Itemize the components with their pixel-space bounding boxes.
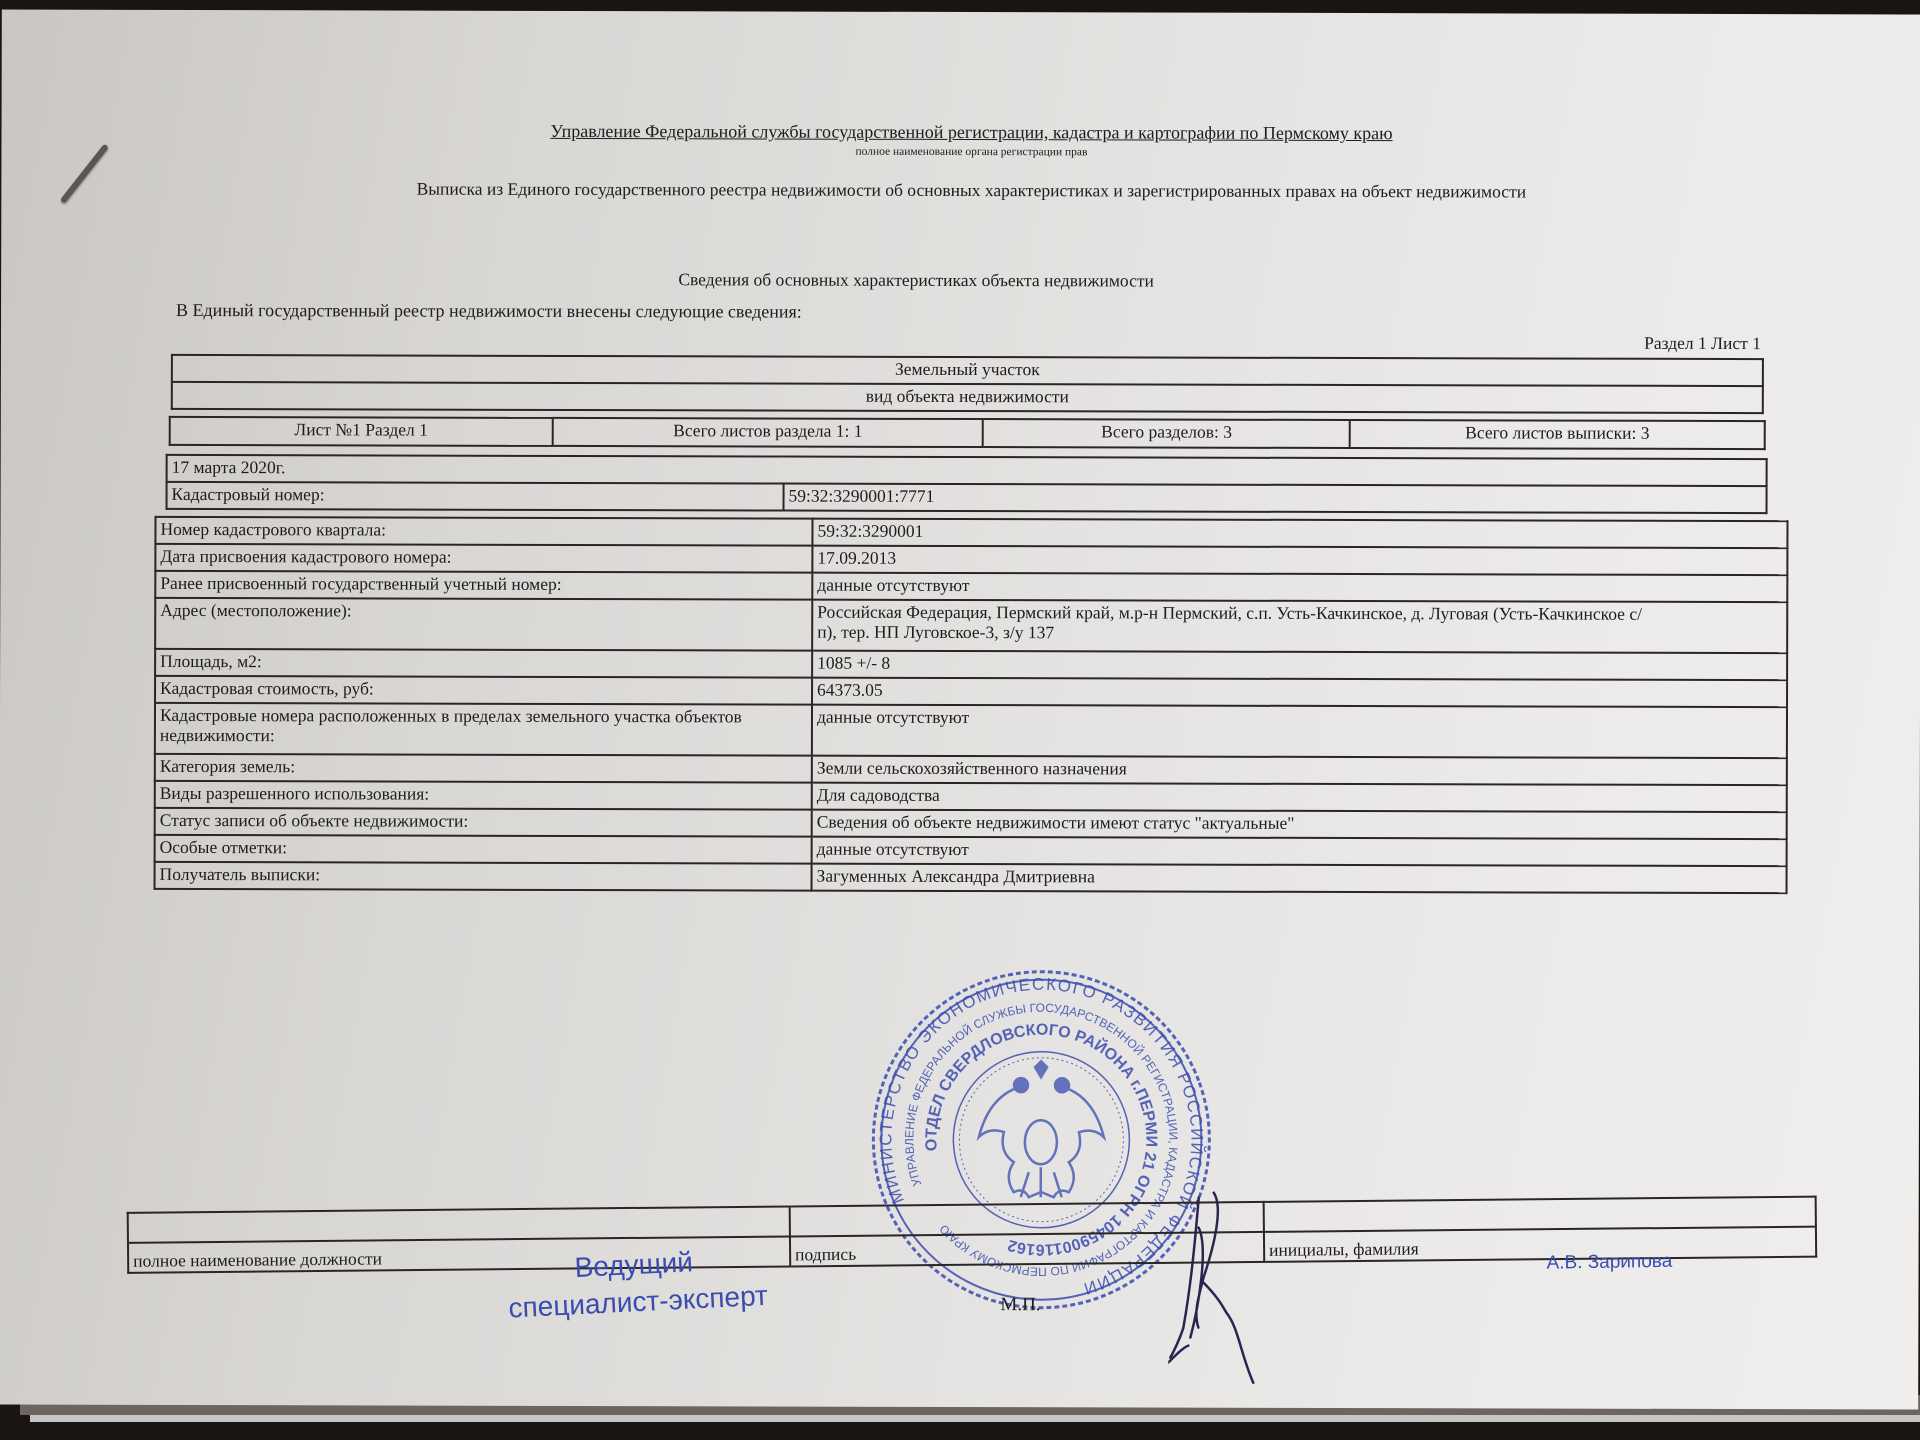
name-stamp: А.В. Зарипова	[1546, 1251, 1672, 1275]
characteristics-table: Номер кадастрового квартала: 59:32:32900…	[154, 516, 1789, 894]
row-value: Загуменных Александра Дмитриевна	[812, 864, 1787, 894]
cadastral-number-label: Кадастровый номер:	[167, 482, 784, 511]
row-label: Кадастровые номера расположенных в преде…	[155, 703, 812, 756]
object-type-caption: вид объекта недвижимости	[172, 382, 1763, 413]
signature-caption: подпись	[790, 1232, 1264, 1267]
cadastral-number-value: 59:32:3290001:7771	[784, 484, 1767, 514]
table-row: Категория земель: Земли сельскохозяйстве…	[155, 754, 1787, 785]
table-row: Кадастровая стоимость, руб: 64373.05	[155, 676, 1787, 707]
name-caption: инициалы, фамилия	[1264, 1227, 1816, 1262]
object-type-table: Земельный участок вид объекта недвижимос…	[171, 354, 1764, 414]
table-row: Получатель выписки: Загуменных Александр…	[155, 862, 1787, 893]
date-cadastral-table: 17 марта 2020г. Кадастровый номер: 59:32…	[166, 454, 1768, 514]
row-label: Дата присвоения кадастрового номера:	[155, 544, 812, 573]
organization-name: Управление Федеральной службы государств…	[1, 119, 1920, 145]
table-row: Дата присвоения кадастрового номера: 17.…	[155, 544, 1787, 575]
table-row: Площадь, м2: 1085 +/- 8	[155, 649, 1787, 680]
row-label: Особые отметки:	[155, 835, 812, 864]
section-title: Сведения об основных характеристиках объ…	[1, 267, 1831, 293]
row-label: Площадь, м2:	[155, 649, 812, 678]
row-value: Российская Федерация, Пермский край, м.р…	[812, 600, 1787, 654]
row-value: Для садоводства	[812, 783, 1787, 813]
row-label: Номер кадастрового квартала:	[155, 517, 812, 546]
row-value: данные отсутствуют	[812, 573, 1787, 603]
position-stamp-line1: Ведущий	[574, 1246, 694, 1284]
total-sections: Всего разделов: 3	[983, 419, 1350, 448]
row-value: 17.09.2013	[812, 546, 1787, 576]
sheet-info-table: Лист №1 Раздел 1 Всего листов раздела 1:…	[169, 416, 1766, 450]
extract-title: Выписка из Единого государственного реес…	[1, 177, 1920, 203]
table-row: Адрес (местоположение): Российская Федер…	[155, 598, 1787, 653]
sheet-number: Лист №1 Раздел 1	[170, 417, 553, 446]
row-value: Земли сельскохозяйственного назначения	[812, 756, 1787, 786]
seal-place-caption: М.П.	[1000, 1294, 1040, 1316]
table-row: Кадастровые номера расположенных в преде…	[155, 703, 1787, 758]
organization-caption: полное наименование органа регистрации п…	[1, 143, 1920, 160]
total-extract-sheets: Всего листов выписки: 3	[1350, 420, 1765, 449]
row-label: Категория земель:	[155, 754, 812, 783]
table-row: Особые отметки: данные отсутствуют	[155, 835, 1787, 866]
row-label: Адрес (местоположение):	[155, 598, 812, 651]
document-page: Управление Федеральной службы государств…	[0, 9, 1920, 1409]
row-value: 64373.05	[812, 678, 1787, 708]
table-row: Виды разрешенного использования: Для сад…	[155, 781, 1787, 812]
row-value: Сведения об объекте недвижимости имеют с…	[812, 810, 1787, 840]
table-row: Номер кадастрового квартала: 59:32:32900…	[155, 517, 1787, 548]
object-type: Земельный участок	[172, 355, 1763, 386]
row-value: данные отсутствуют	[812, 705, 1787, 759]
row-label: Ранее присвоенный государственный учетны…	[155, 571, 812, 600]
row-label: Виды разрешенного использования:	[155, 781, 812, 810]
total-section-sheets: Всего листов раздела 1: 1	[552, 418, 983, 447]
signature-blank	[790, 1202, 1264, 1237]
extract-date: 17 марта 2020г.	[167, 455, 1767, 486]
table-row: Статус записи об объекте недвижимости: С…	[155, 808, 1787, 839]
row-label: Получатель выписки:	[155, 862, 812, 891]
sheet-reference: Раздел 1 Лист 1	[1644, 333, 1761, 354]
row-label: Кадастровая стоимость, руб:	[155, 676, 812, 705]
row-value: 1085 +/- 8	[812, 651, 1787, 681]
position-stamp-line2: специалист-эксперт	[508, 1280, 769, 1325]
row-label: Статус записи об объекте недвижимости:	[155, 808, 812, 837]
table-row: Ранее присвоенный государственный учетны…	[155, 571, 1787, 602]
section-intro: В Единый государственный реестр недвижим…	[176, 300, 802, 323]
row-value: данные отсутствуют	[812, 837, 1787, 867]
row-value: 59:32:3290001	[812, 519, 1787, 549]
